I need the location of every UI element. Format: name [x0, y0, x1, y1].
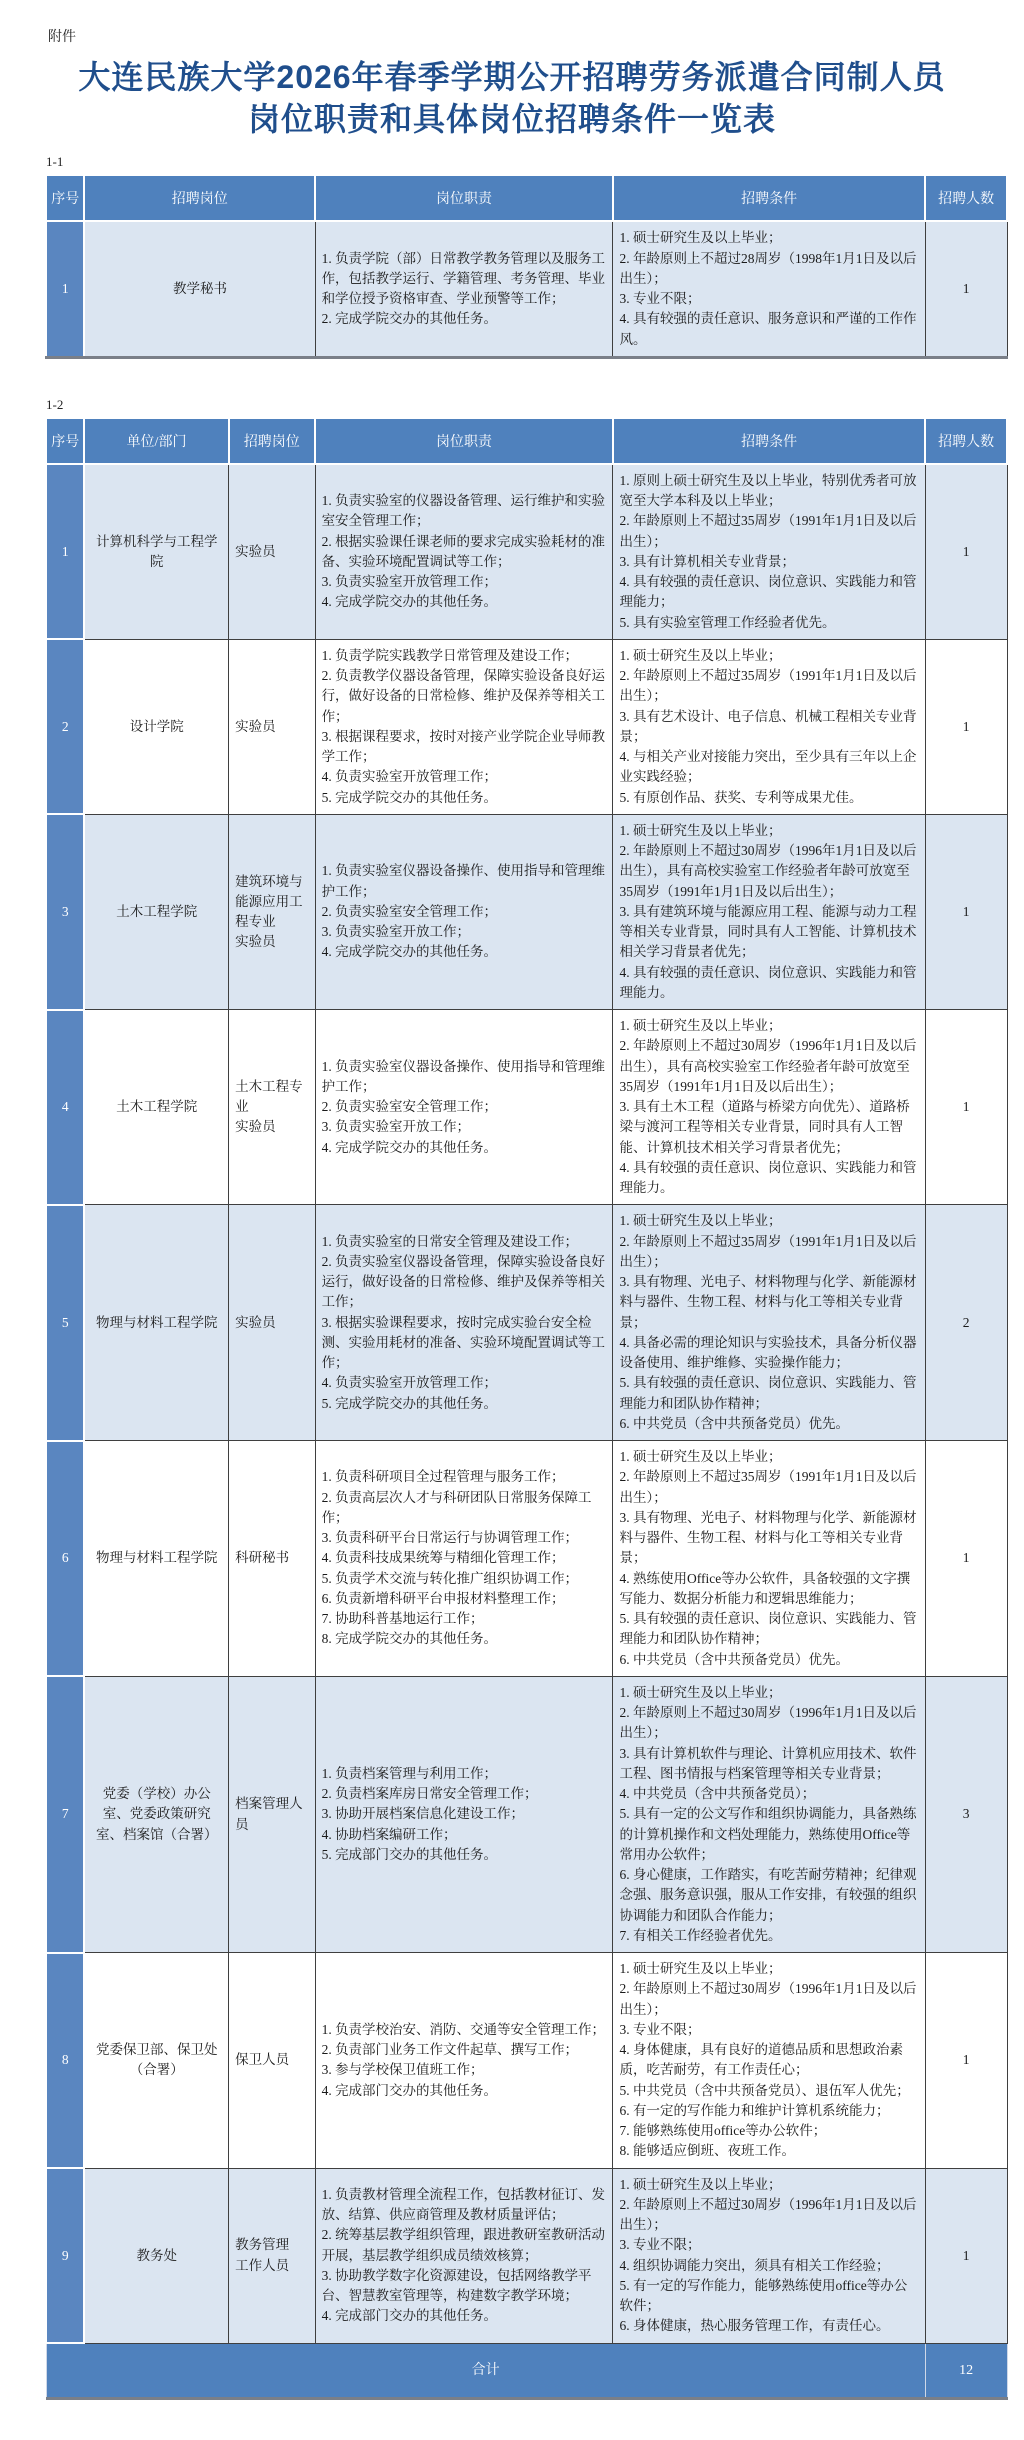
table-row: 6 物理与材料工程学院 科研秘书 1. 负责科研项目全过程管理与服务工作； 2.… [46, 1441, 1007, 1677]
count-cell: 1 [925, 639, 1007, 814]
count-cell: 1 [925, 1953, 1007, 2169]
header-cell-duties: 岗位职责 [315, 418, 613, 464]
post-cell: 科研秘书 [229, 1441, 315, 1677]
table-row: 5 物理与材料工程学院 实验员 1. 负责实验室的日常安全管理及建设工作； 2.… [46, 1205, 1007, 1441]
table-row: 9 教务处 教务管理 工作人员 1. 负责教材管理全流程工作，包括教材征订、发放… [46, 2168, 1007, 2343]
unit-cell: 计算机科学与工程学院 [84, 464, 228, 640]
duties-cell: 1. 负责实验室仪器设备操作、使用指导和管理维护工作； 2. 负责实验室安全管理… [315, 814, 613, 1009]
row-index-cell: 8 [46, 1953, 84, 2169]
table-row: 7 党委（学校）办公室、党委政策研究室、档案馆（合署） 档案管理人员 1. 负责… [46, 1676, 1007, 1952]
table-row: 1 计算机科学与工程学院 实验员 1. 负责实验室的仪器设备管理、运行维护和实验… [46, 464, 1007, 640]
header-cell-post: 招聘岗位 [229, 418, 315, 464]
header-cell-count: 招聘人数 [925, 175, 1007, 221]
count-cell: 1 [925, 1441, 1007, 1677]
unit-cell: 土木工程学院 [84, 1010, 228, 1205]
header-cell-conditions: 招聘条件 [613, 175, 925, 221]
table-row: 2 设计学院 实验员 1. 负责学院实践教学日常管理及建设工作； 2. 负责教学… [46, 639, 1007, 814]
conditions-cell: 1. 硕士研究生及以上毕业； 2. 年龄原则上不超过28周岁（1998年1月1日… [613, 221, 925, 357]
header-row: 序号 单位/部门 招聘岗位 岗位职责 招聘条件 招聘人数 [46, 418, 1007, 464]
unit-cell: 教务处 [84, 2168, 228, 2343]
page-title: 大连民族大学2026年春季学期公开招聘劳务派遣合同制人员 岗位职责和具体岗位招聘… [56, 56, 968, 140]
header-row: 序号 招聘岗位 岗位职责 招聘条件 招聘人数 [46, 175, 1007, 221]
recruitment-table-1-2: 序号 单位/部门 招聘岗位 岗位职责 招聘条件 招聘人数 1 计算机科学与工程学… [45, 417, 1008, 2400]
duties-cell: 1. 负责科研项目全过程管理与服务工作； 2. 负责高层次人才与科研团队日常服务… [315, 1441, 613, 1677]
conditions-cell: 1. 硕士研究生及以上毕业； 2. 年龄原则上不超过30周岁（1996年1月1日… [613, 814, 925, 1009]
conditions-cell: 1. 硕士研究生及以上毕业； 2. 年龄原则上不超过30周岁（1996年1月1日… [613, 1010, 925, 1205]
table1-label: 1-1 [46, 154, 1008, 170]
header-cell-count: 招聘人数 [925, 418, 1007, 464]
row-index-cell: 1 [46, 464, 84, 640]
unit-cell: 物理与材料工程学院 [84, 1205, 228, 1441]
header-cell-no: 序号 [46, 418, 84, 464]
unit-cell: 党委（学校）办公室、党委政策研究室、档案馆（合署） [84, 1676, 228, 1952]
section-gap [16, 359, 1008, 393]
post-cell: 实验员 [229, 464, 315, 640]
duties-cell: 1. 负责实验室的仪器设备管理、运行维护和实验室安全管理工作； 2. 根据实验课… [315, 464, 613, 640]
conditions-cell: 1. 硕士研究生及以上毕业； 2. 年龄原则上不超过30周岁（1996年1月1日… [613, 2168, 925, 2343]
post-cell: 实验员 [229, 639, 315, 814]
post-cell: 教学秘书 [84, 221, 315, 357]
post-cell: 实验员 [229, 1205, 315, 1441]
row-index-cell: 5 [46, 1205, 84, 1441]
row-index-cell: 6 [46, 1441, 84, 1677]
row-index-cell: 2 [46, 639, 84, 814]
conditions-cell: 1. 硕士研究生及以上毕业； 2. 年龄原则上不超过35周岁（1991年1月1日… [613, 639, 925, 814]
unit-cell: 土木工程学院 [84, 814, 228, 1009]
table2-label: 1-2 [46, 397, 1008, 413]
post-cell: 保卫人员 [229, 1953, 315, 2169]
document-page: 附件 大连民族大学2026年春季学期公开招聘劳务派遣合同制人员 岗位职责和具体岗… [0, 0, 1024, 2440]
duties-cell: 1. 负责教材管理全流程工作，包括教材征订、发放、结算、供应商管理及教材质量评估… [315, 2168, 613, 2343]
header-cell-unit: 单位/部门 [84, 418, 228, 464]
row-index-cell: 3 [46, 814, 84, 1009]
footer-total-label: 合计 [46, 2343, 925, 2399]
duties-cell: 1. 负责学院实践教学日常管理及建设工作； 2. 负责教学仪器设备管理，保障实验… [315, 639, 613, 814]
post-cell: 土木工程专业 实验员 [229, 1010, 315, 1205]
table-row: 8 党委保卫部、保卫处（合署） 保卫人员 1. 负责学校治安、消防、交通等安全管… [46, 1953, 1007, 2169]
conditions-cell: 1. 原则上硕士研究生及以上毕业，特别优秀者可放宽至大学本科及以上毕业； 2. … [613, 464, 925, 640]
duties-cell: 1. 负责学校治安、消防、交通等安全管理工作； 2. 负责部门业务工作文件起草、… [315, 1953, 613, 2169]
header-cell-no: 序号 [46, 175, 84, 221]
conditions-cell: 1. 硕士研究生及以上毕业； 2. 年龄原则上不超过30周岁（1996年1月1日… [613, 1953, 925, 2169]
attachment-label: 附件 [48, 26, 1008, 46]
unit-cell: 物理与材料工程学院 [84, 1441, 228, 1677]
count-cell: 3 [925, 1676, 1007, 1952]
table-row: 1 教学秘书 1. 负责学院（部）日常教学教务管理以及服务工作，包括教学运行、学… [46, 221, 1007, 357]
count-cell: 1 [925, 464, 1007, 640]
table-row: 4 土木工程学院 土木工程专业 实验员 1. 负责实验室仪器设备操作、使用指导和… [46, 1010, 1007, 1205]
count-cell: 2 [925, 1205, 1007, 1441]
table-row: 3 土木工程学院 建筑环境与能源应用工程专业 实验员 1. 负责实验室仪器设备操… [46, 814, 1007, 1009]
count-cell: 1 [925, 814, 1007, 1009]
header-cell-post: 招聘岗位 [84, 175, 315, 221]
post-cell: 档案管理人员 [229, 1676, 315, 1952]
conditions-cell: 1. 硕士研究生及以上毕业； 2. 年龄原则上不超过30周岁（1996年1月1日… [613, 1676, 925, 1952]
post-cell: 教务管理 工作人员 [229, 2168, 315, 2343]
post-cell: 建筑环境与能源应用工程专业 实验员 [229, 814, 315, 1009]
count-cell: 1 [925, 221, 1007, 357]
row-index-cell: 7 [46, 1676, 84, 1952]
row-index-cell: 9 [46, 2168, 84, 2343]
duties-cell: 1. 负责档案管理与利用工作； 2. 负责档案库房日常安全管理工作； 3. 协助… [315, 1676, 613, 1952]
footer-row: 合计 12 [46, 2343, 1007, 2399]
page-title-line1: 大连民族大学2026年春季学期公开招聘劳务派遣合同制人员 [56, 56, 968, 98]
header-cell-conditions: 招聘条件 [613, 418, 925, 464]
row-index-cell: 4 [46, 1010, 84, 1205]
count-cell: 1 [925, 2168, 1007, 2343]
duties-cell: 1. 负责学院（部）日常教学教务管理以及服务工作，包括教学运行、学籍管理、考务管… [315, 221, 613, 357]
page-title-line2: 岗位职责和具体岗位招聘条件一览表 [56, 98, 968, 140]
count-cell: 1 [925, 1010, 1007, 1205]
row-index-cell: 1 [46, 221, 84, 357]
unit-cell: 党委保卫部、保卫处（合署） [84, 1953, 228, 2169]
footer-total-count: 12 [925, 2343, 1007, 2399]
conditions-cell: 1. 硕士研究生及以上毕业； 2. 年龄原则上不超过35周岁（1991年1月1日… [613, 1205, 925, 1441]
duties-cell: 1. 负责实验室仪器设备操作、使用指导和管理维护工作； 2. 负责实验室安全管理… [315, 1010, 613, 1205]
recruitment-table-1-1: 序号 招聘岗位 岗位职责 招聘条件 招聘人数 1 教学秘书 1. 负责学院（部）… [45, 174, 1008, 359]
duties-cell: 1. 负责实验室的日常安全管理及建设工作； 2. 负责实验室仪器设备管理，保障实… [315, 1205, 613, 1441]
header-cell-duties: 岗位职责 [315, 175, 613, 221]
conditions-cell: 1. 硕士研究生及以上毕业； 2. 年龄原则上不超过35周岁（1991年1月1日… [613, 1441, 925, 1677]
unit-cell: 设计学院 [84, 639, 228, 814]
